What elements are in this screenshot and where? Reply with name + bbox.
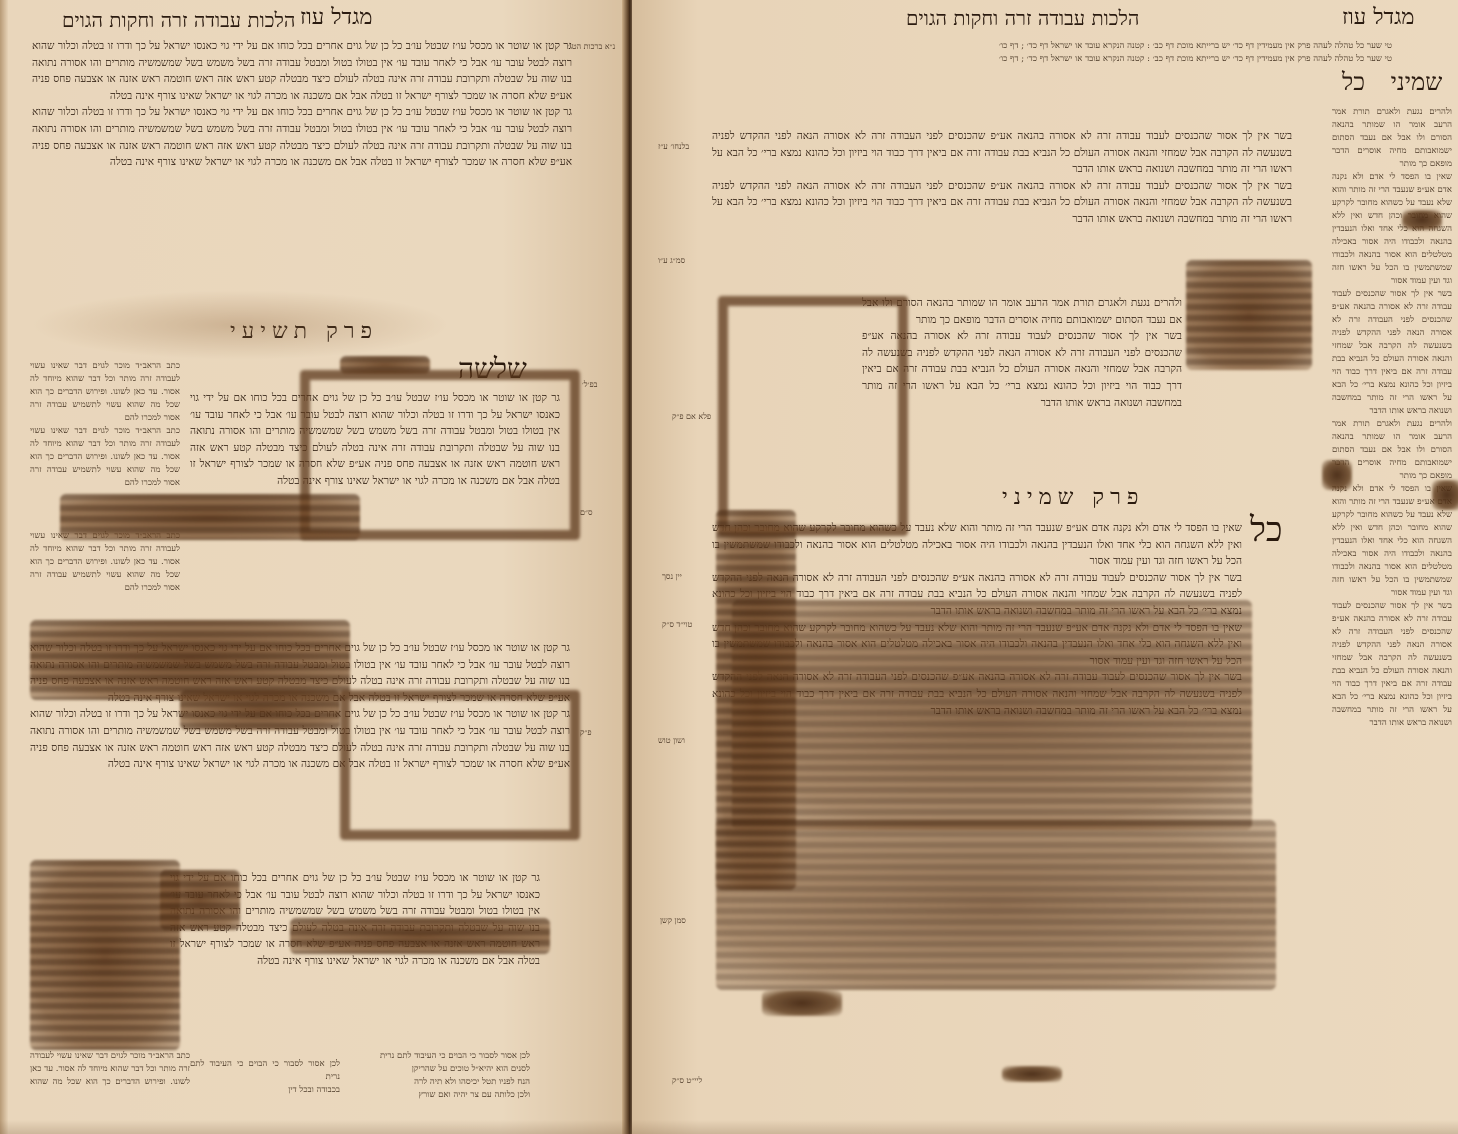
outer-column-title: שמיני כל (1342, 68, 1442, 97)
right-side-note-8: ליי״ט ס״ק (672, 1076, 702, 1086)
left-footer-c-3: הנח לפניו תטל יכיסהו ולא תיה לרה (350, 1076, 530, 1089)
censor-frame-blot (718, 296, 908, 536)
right-inner-text-column: ולהרים נגעת ולאגרם תורת אמר הרעב אומר הו… (862, 295, 1182, 465)
page-edge (0, 0, 8, 1134)
left-footer-line-5: בכבודה ובכל דין (190, 1084, 340, 1097)
right-chapter-title: פרק שמיני (1002, 484, 1144, 510)
right-inner-body: בשר אין לך אסור שהכנסים לעבוד עבודה זרה … (862, 328, 1182, 411)
censor-blot (290, 918, 550, 954)
left-body-text: גר קטן או שוטר או מכסל עו׳ז שבטל עו׳ב כל… (32, 38, 572, 104)
censor-blot (30, 620, 350, 700)
left-commentary-text: כתב הראב״ד מוכר לגוים דבר שאינו עשוי לעב… (30, 360, 180, 425)
left-running-header-section-title: הלכות עבודה זרה וחקות הגוים (62, 8, 295, 33)
left-body-text-cont: גר קטן או שוטר או מכסל עו׳ז שבטל עו׳ב כל… (32, 104, 572, 170)
left-footer-note-b: לכן אסור לסבור כי הבוים כי העיבוד לתם נר… (190, 1058, 340, 1128)
right-running-header-section-title: הלכות עבודה זרה וחקות הגוים (906, 6, 1139, 31)
right-side-note-3: פלא אם פ״ק (672, 412, 711, 422)
right-running-header-book-title: מגדל עוז (1342, 4, 1414, 30)
left-side-note-1: נ״א ברכות הט׳׳ (568, 42, 615, 52)
outer-commentary-6: בשר אין לך אסור שהכנסים לעבוד עבודה זרה … (1332, 600, 1452, 730)
right-commentary-text: ולהרים נגעת ולאגרם תורת אמר הרעב אומר הו… (862, 295, 1182, 328)
right-chapter-initial-word: כל (1250, 510, 1283, 550)
left-commentary-column: כתב הראב״ד מוכר לגוים דבר שאינו עשוי לעב… (30, 360, 180, 510)
left-footer-c-2: לסנים הוא יהיא״ל טוכים על שהריקן (350, 1063, 530, 1076)
right-side-note-7: סמן קשן (660, 916, 686, 926)
right-side-note-6: ושון טוש (658, 736, 685, 746)
left-commentary-column-2: כתב הראב״ד מוכר לגוים דבר שאינו עשוי לעב… (30, 530, 180, 620)
left-footer-c-1: לכן אסור לסבור כי הבוים כי העיבוד לתם נר… (350, 1050, 530, 1063)
left-footer-note-a: כתב הראב״ד מוכר לגוים דבר שאינו עשוי לעב… (30, 1050, 190, 1090)
left-running-header-book-title: מגדל עוז (300, 4, 372, 30)
left-commentary-text-cont: כתב הראב״ד מוכר לגוים דבר שאינו עשוי לעב… (30, 425, 180, 490)
left-footer-note-a-text: כתב הראב״ד מוכר לגוים דבר שאינו עשוי לעב… (30, 1050, 190, 1090)
right-body-text: בשר אין לך אסור שהכנסים לעבוד עבודה זרה … (712, 128, 1292, 178)
censor-blot (60, 494, 360, 540)
outer-commentary-1: ולהרים נגעת ולאגרם תורת אמר הרעב אומר הו… (1332, 106, 1452, 171)
outer-column-title-text: שמיני (1391, 68, 1443, 96)
left-main-text-column: גר קטן או שוטר או מכסל עו׳ז שבטל עו׳ב כל… (32, 38, 572, 302)
left-footer-line-1: לכן אסור לסבור כי הבוים כי העיבוד לתם נר… (190, 1058, 340, 1084)
censor-frame-blot (340, 690, 580, 840)
censor-blot-square (1186, 260, 1312, 370)
right-side-note-2: סמ״ג ע״ו (658, 256, 685, 266)
outer-commentary-3: בשר אין לך אסור שהכנסים לעבוד עבודה זרה … (1332, 288, 1452, 418)
censor-blot-large (716, 820, 1276, 990)
left-page: מגדל עוז הלכות עבודה זרה וחקות הגוים גר … (0, 0, 626, 1134)
left-side-note-3: ס״ם (580, 508, 593, 518)
right-body-text-cont: בשר אין לך אסור שהכנסים לעבוד עבודה זרה … (712, 178, 1292, 228)
ink-spot (1002, 1066, 1062, 1082)
right-top-note: טי שער כל טהלה לעהה פרק אין מעמידין דף כ… (692, 40, 1392, 53)
censor-blot (180, 690, 340, 730)
right-top-note-block: טי שער כל טהלה לעהה פרק אין מעמידין דף כ… (692, 40, 1392, 120)
right-side-note-4: יין נסך (662, 572, 682, 582)
right-page: הלכות עבודה זרה וחקות הגוים מגדל עוז טי … (632, 0, 1458, 1134)
outer-commentary-column: ולהרים נגעת ולאגרם תורת אמר הרעב אומר הו… (1332, 106, 1452, 1126)
water-stain (30, 290, 450, 360)
censor-blot-small (762, 990, 842, 1016)
right-top-note-cont: טי שער כל טהלה לעהה פרק אין מעמידין דף כ… (692, 53, 1392, 66)
ink-spot (1322, 460, 1352, 490)
censor-blot (160, 870, 240, 930)
left-footer-c-4: ולכן כלותה עם צר יהיה ואם שורץ (350, 1089, 530, 1102)
ink-spot (1402, 210, 1442, 230)
censor-blot-large (732, 600, 1252, 830)
censor-blot (30, 860, 180, 1050)
ink-spot (1432, 480, 1458, 510)
photo-bottom-shadow (0, 1120, 1458, 1134)
left-side-note-2: בפ׳ל׳ (582, 380, 597, 390)
right-side-note-5: טוי״ד ס״ק (662, 620, 692, 630)
outer-column-initial: כל (1342, 68, 1365, 96)
right-side-note-1: בלנחו׳ ע״ז (658, 142, 689, 152)
left-side-note-4: פ״ק (580, 728, 592, 738)
